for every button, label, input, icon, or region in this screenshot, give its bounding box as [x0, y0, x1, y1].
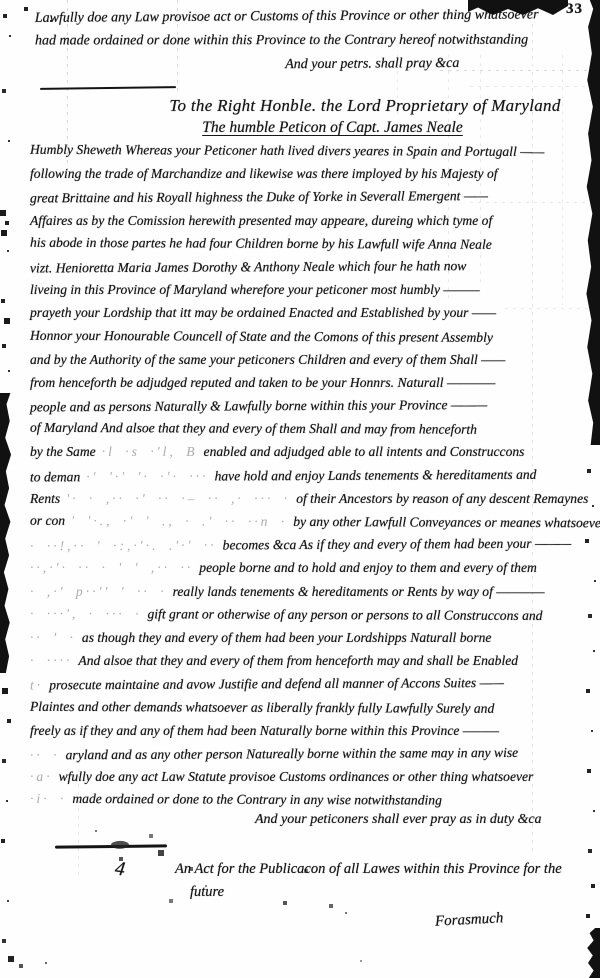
line-text: aryland and as any other person Natureal…	[66, 745, 519, 762]
scan-speckles	[0, 0, 2, 2]
manuscript-line: of Maryland And alsoe that they and ever…	[30, 416, 586, 442]
line-faded-text: · ··!,·· ' ·:,·'·. .'·' ··	[30, 538, 217, 554]
line-text: liveing in this Province of Maryland whe…	[30, 282, 480, 297]
manuscript-line: · ,·' p··'' ' ·· ·really lands tenements…	[30, 580, 586, 603]
manuscript-line: · ····And alsoe that they and every of t…	[30, 649, 586, 672]
line-text: enabled and adjudged able to all intents…	[204, 444, 525, 459]
manuscript-line: freely as if they and any of them had be…	[30, 719, 586, 742]
line-text: prayeth your Lordship that itt may be or…	[30, 305, 496, 320]
manuscript-line: Honnor your Honourable Councell of State…	[30, 323, 586, 349]
manuscript-line: or con' '·., ·' ' ., · .' ·· ··n ·by any…	[30, 509, 586, 535]
manuscript-line: Rents'· · ,·· ·' ·· ·– ·· ,· ··· ·of the…	[30, 487, 586, 510]
line-text: his abode in those partes he had four Ch…	[30, 235, 492, 252]
line-faded-text: ·i· ·	[30, 791, 66, 806]
act-heading: An Act for the Publicacon of all Lawes w…	[175, 858, 585, 904]
line-text: great Brittaine and his Royall highness …	[30, 188, 488, 205]
previous-petition-fragment: Lawfully doe any Law provisoe act or Cus…	[35, 3, 585, 79]
line-text: of their Ancestors by reason of any desc…	[296, 491, 588, 506]
line-text: of Maryland And alsoe that they and ever…	[30, 420, 477, 437]
manuscript-line: following the trade of Marchandize and l…	[30, 162, 586, 185]
line-text: people and as persons Naturally & Lawful…	[30, 397, 487, 414]
line-text: from henceforth be adjudged reputed and …	[30, 375, 495, 390]
line-faded-text: ·' '·' '· ·'· ···	[86, 468, 208, 484]
line-faded-text: ··,·'· ·· · ' ' ,·· ··	[30, 560, 193, 575]
line-text: as though they and every of them had bee…	[82, 630, 492, 645]
manuscript-line: to deman·' '·' '· ·'· ···have hold and e…	[30, 462, 586, 488]
line-text: really lands tenements & hereditaments o…	[173, 584, 545, 599]
manuscript-line: ·· ' ·as though they and every of them h…	[30, 626, 586, 649]
line-text: vizt. Henioretta Maria James Dorothy & A…	[30, 258, 466, 275]
petition-closing: And your peticoners shall ever pray as i…	[255, 812, 542, 828]
petition-title-heading: The humble Peticon of Capt. James Neale	[0, 119, 600, 137]
line-text: gift grant or otherwise of any person or…	[147, 606, 542, 623]
line-text: Humbly Sheweth Whereas your Peticoner ha…	[30, 142, 544, 159]
line-text: and by the Authority of the same your pe…	[30, 352, 505, 367]
fragment-line: had made ordained or done within this Pr…	[35, 29, 585, 54]
manuscript-line: ·i· ·made ordained or done to the Contra…	[30, 787, 586, 813]
line-text: have hold and enjoy Lands tenements & he…	[215, 466, 537, 483]
manuscript-line: and by the Authority of the same your pe…	[30, 348, 586, 371]
manuscript-line: prayeth your Lordship that itt may be or…	[30, 301, 586, 324]
section-divider-rule	[40, 86, 176, 90]
line-text: people borne and to hold and enjoy to th…	[199, 560, 537, 575]
line-text: wfully doe any act Law Statute provisoe …	[59, 769, 534, 784]
manuscript-line: from henceforth be adjudged reputed and …	[30, 371, 586, 394]
line-faded-text: '· · ,·· ·' ·· ·– ·· ,· ··· ·	[66, 491, 290, 506]
manuscript-line: his abode in those partes he had four Ch…	[30, 231, 586, 257]
torn-edge-left	[0, 393, 13, 673]
manuscript-line: by the Same·l ·s ·'l, Benabled and adjud…	[30, 440, 586, 463]
manuscript-line: Humbly Sheweth Whereas your Peticoner ha…	[30, 138, 586, 164]
petition-address-heading: To the Right Honble. the Lord Proprietar…	[0, 96, 600, 116]
manuscript-line: great Brittaine and his Royall highness …	[30, 184, 586, 210]
manuscript-line: · ···', · ··· ·gift grant or otherwise o…	[30, 602, 586, 628]
act-heading-line: future	[175, 881, 585, 904]
manuscript-line: ·a·wfully doe any act Law Statute provis…	[30, 765, 586, 788]
line-faded-text: ·a·	[30, 769, 53, 784]
line-faded-text: ·l ·s ·'l, B	[102, 444, 198, 459]
manuscript-line: vizt. Henioretta Maria James Dorothy & A…	[30, 253, 586, 279]
fragment-line: And your petrs. shall pray &ca	[35, 51, 585, 79]
line-text: by any other Lawfull Conveyances or mean…	[293, 514, 600, 530]
line-faded-text: · ····	[30, 653, 72, 668]
line-text: freely as if they and any of them had be…	[30, 723, 499, 738]
manuscript-line: ··,·'· ·· · ' ' ,·· ··people borne and t…	[30, 556, 586, 579]
manuscript-page: 33 Lawfully doe any Law provisoe act or …	[0, 0, 600, 978]
manuscript-line: ·· ·aryland and as any other person Natu…	[30, 740, 586, 766]
line-text: becomes &ca As if they and every of them…	[223, 536, 572, 553]
torn-edge-bottom-right	[584, 928, 600, 978]
line-faded-text: · ···', · ··· ·	[30, 606, 142, 621]
manuscript-line: people and as persons Naturally & Lawful…	[30, 393, 586, 419]
line-text: Plaintes and other demands whatsoever as…	[30, 698, 494, 715]
manuscript-line: liveing in this Province of Maryland whe…	[30, 278, 586, 301]
line-text: made ordained or done to the Contrary in…	[72, 791, 442, 808]
line-text: to deman	[30, 469, 80, 484]
line-text: Honnor your Honourable Councell of State…	[30, 327, 493, 344]
line-faded-text: ·· ·	[30, 747, 60, 762]
act-heading-line: An Act for the Publicacon of all Lawes w…	[175, 858, 585, 881]
line-text: or con	[30, 513, 65, 528]
manuscript-line: · ··!,·· ' ·:,·'·. .'·' ··becomes &ca As…	[30, 532, 586, 558]
catchword: Forasmuch	[435, 910, 504, 931]
manuscript-line: Affaires as by the Comission herewith pr…	[30, 209, 586, 232]
fragment-line: Lawfully doe any Law provisoe act or Cus…	[35, 3, 585, 31]
line-text: prosecute maintaine and avow Justifie an…	[49, 675, 504, 692]
line-faded-text: t·	[30, 678, 43, 693]
marginal-mark: 4	[113, 857, 126, 881]
line-text: following the trade of Marchandize and l…	[30, 166, 498, 181]
line-text: Affaires as by the Comission herewith pr…	[30, 213, 492, 228]
line-faded-text: ' '·., ·' ' ., · .' ·· ··n ·	[71, 513, 287, 529]
line-text: Rents	[30, 491, 60, 506]
line-text: And alsoe that they and every of them fr…	[78, 653, 518, 668]
line-faded-text: ·· ' ·	[30, 630, 76, 645]
fold-line-horizontal	[470, 86, 595, 87]
section-divider-rule	[55, 844, 167, 848]
manuscript-line: t·prosecute maintaine and avow Justifie …	[30, 671, 586, 697]
manuscript-line: Plaintes and other demands whatsoever as…	[30, 694, 586, 720]
line-faded-text: · ,·' p··'' ' ·· ·	[30, 584, 167, 599]
line-text: by the Same	[30, 444, 96, 459]
petition-body: Humbly Sheweth Whereas your Peticoner ha…	[30, 139, 586, 811]
